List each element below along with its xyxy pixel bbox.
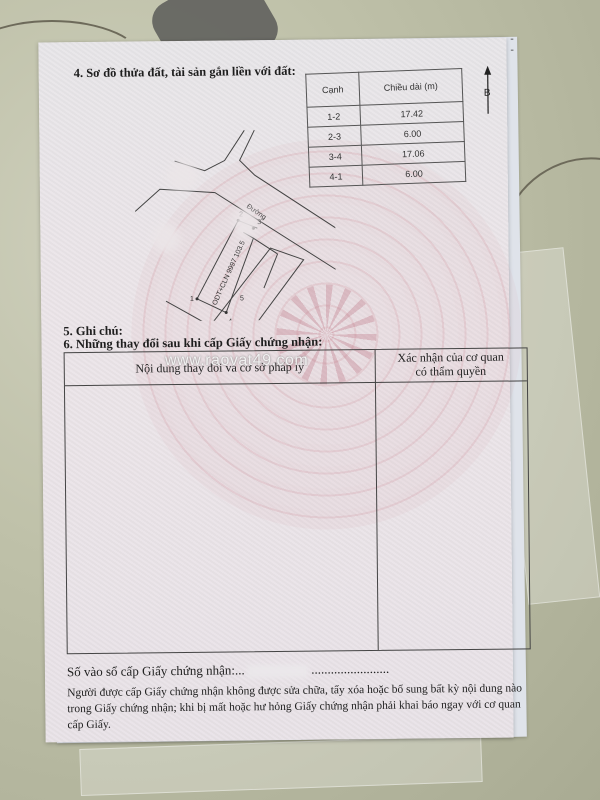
site-watermark: www.raovat49.com [165,352,308,370]
changes-table: Nội dung thay đổi và cơ sở pháp lý Xác n… [64,347,531,654]
north-label: B [484,88,491,99]
plastic-sleeve [79,735,482,796]
authority-confirmation-header: Xác nhận của cơ quan có thẩm quyền [375,349,527,379]
length-header: Chiều dài (m) [359,69,463,106]
authority-header-line: có thẩm quyền [375,363,527,379]
registry-number-line: Số vào sổ cấp Giấy chứng nhận:... ......… [67,661,389,680]
edge-header: Cạnh [306,72,360,107]
length-cell: 6.00 [362,161,466,185]
page-mark: - - [510,33,514,55]
registry-dots: ........................ [311,661,389,677]
north-arrow-icon: B [481,66,496,116]
vertex-1-label: 1 [190,296,194,303]
section4-title: 4. Sơ đồ thửa đất, tài sản gắn liền với … [74,64,296,81]
registry-label: Số vào sổ cấp Giấy chứng nhận:... [67,662,245,679]
redaction-blur [152,223,180,253]
neighbor-label: 5 [240,295,244,302]
column-divider [375,350,379,650]
redaction-blur [168,161,198,191]
redaction-blur [248,664,308,678]
legal-notice: Người được cấp Giấy chứng nhận không đượ… [67,680,522,733]
redaction-blur [232,208,258,238]
certificate-page: - - 4. Sơ đồ thửa đất, tài sản gắn liền … [38,38,513,743]
